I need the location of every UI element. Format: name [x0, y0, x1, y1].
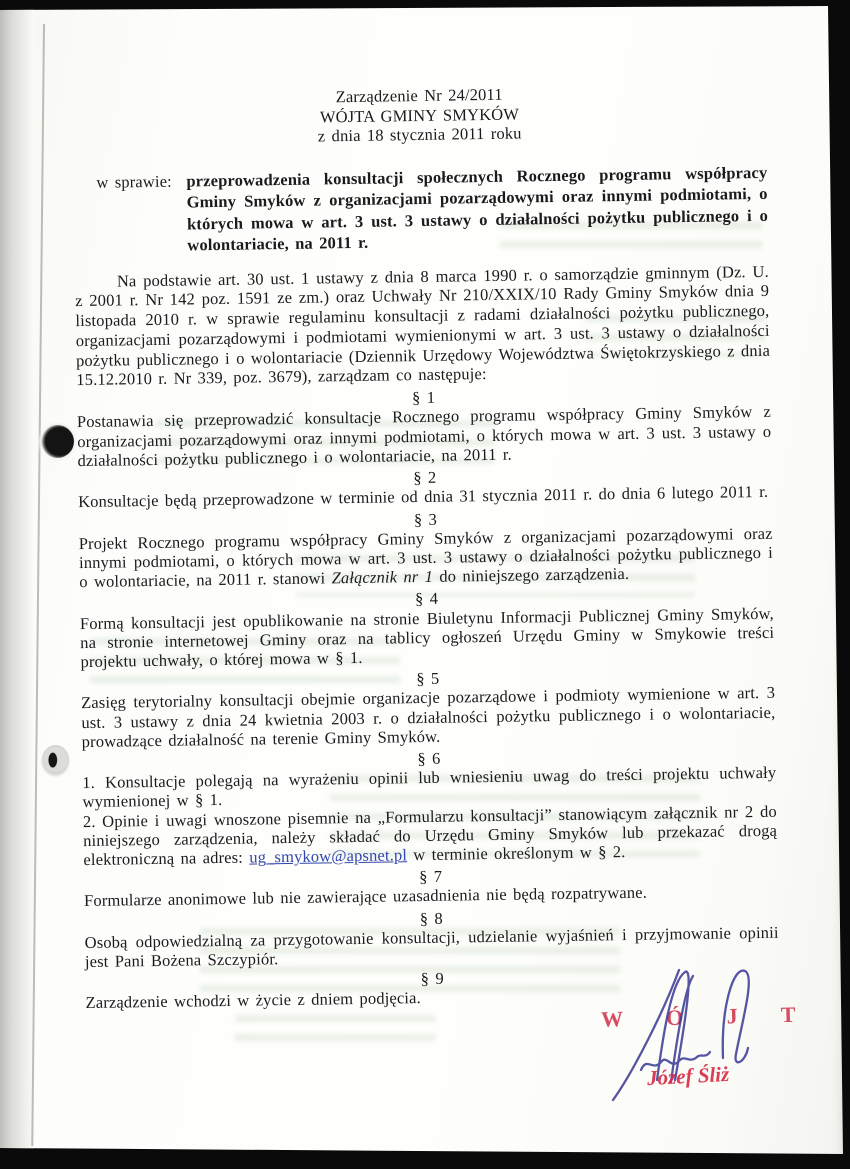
handwritten-signature [575, 958, 815, 1118]
subject-label: w sprawie: [96, 170, 187, 257]
binder-hole-top [41, 425, 74, 458]
section-3-text-after: do niniejszego zarządzenia. [433, 564, 629, 586]
document-content: Zarządzenie Nr 24/2011 WÓJTA GMINY SMYKÓ… [72, 81, 780, 1013]
scanned-page-background: Zarządzenie Nr 24/2011 WÓJTA GMINY SMYKÓ… [0, 0, 850, 1169]
mayor-stamp-name: Józef Śliż [646, 1062, 729, 1091]
email-link: ug_smykow@apsnet.pl [249, 845, 407, 866]
signature-block: W Ó J T Józef Śliż [575, 958, 815, 1118]
section-5-text: Zasięg terytorialny konsultacji obejmie … [81, 683, 776, 751]
section-6-item-2-after: w terminie określonym w § 2. [407, 842, 626, 864]
section-3-attachment-reference: Załącznik nr 1 [331, 567, 433, 588]
section-1-text: Postanawia się przeprowadzić konsultacje… [77, 402, 772, 470]
page-stack-edge [0, 0, 34, 1169]
ink-bleed-artifact [235, 1015, 435, 1053]
section-4-text: Formą konsultacji jest opublikowanie na … [80, 603, 775, 671]
binder-hole-bottom [42, 745, 69, 774]
document-title: Zarządzenie Nr 24/2011 WÓJTA GMINY SMYKÓ… [72, 81, 767, 150]
preamble-paragraph: Na podstawie art. 30 ust. 1 ustawy z dni… [75, 261, 771, 390]
section-6-item-2: 2. Opinie i uwagi wnoszone pisemnie na „… [83, 801, 778, 869]
subject-text: przeprowadzenia konsultacji społecznych … [186, 161, 768, 256]
document-paper: Zarządzenie Nr 24/2011 WÓJTA GMINY SMYKÓ… [0, 0, 850, 1169]
subject-block: w sprawie: przeprowadzenia konsultacji s… [73, 161, 768, 257]
section-3-text: Projekt Rocznego programu współpracy Gmi… [79, 524, 774, 592]
